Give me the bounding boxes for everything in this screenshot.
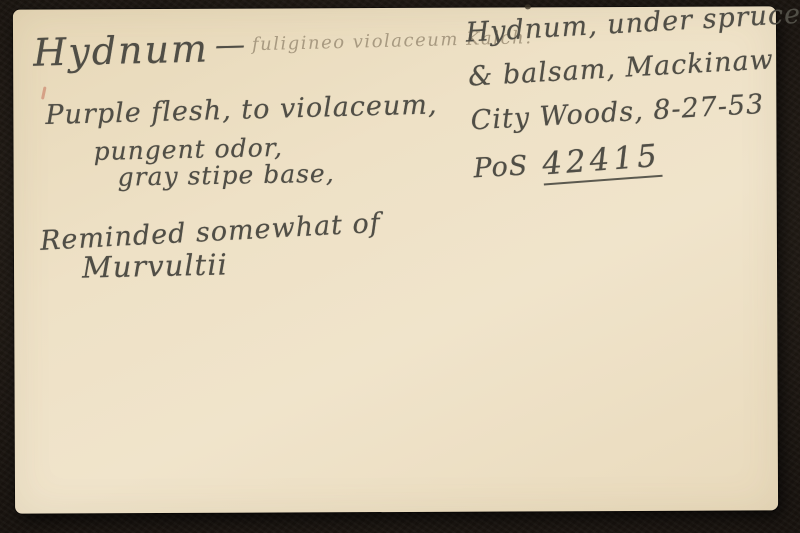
photo-background: Hydnum—fuligineo violaceum Kalch. Purple…	[0, 0, 800, 533]
collection-number-line: PoS42415	[472, 132, 784, 189]
dark-speck	[525, 4, 531, 9]
index-card: Hydnum—fuligineo violaceum Kalch. Purple…	[13, 6, 778, 513]
note-line-flesh: Purple flesh, to violaceum,	[45, 89, 438, 131]
collection-details: Hydnum, under spruce & balsam, Mackinaw …	[465, 0, 785, 201]
dash-mark: —	[209, 27, 253, 63]
red-pencil-tick	[41, 86, 47, 99]
habitat-line-2: & balsam, Mackinaw	[467, 44, 778, 93]
locality-date-line: City Woods, 8-27-53	[470, 88, 781, 137]
note-line-stipe: gray stipe base,	[117, 159, 335, 192]
collector-initials: PoS	[473, 150, 529, 184]
title-line: Hydnum—fuligineo violaceum Kalch.	[33, 18, 533, 75]
comparison-species: Murvultii	[82, 247, 228, 284]
collection-number: 42415	[541, 138, 662, 186]
genus-name: Hydnum	[33, 26, 210, 74]
habitat-line-1: Hydnum, under spruce	[465, 0, 776, 49]
